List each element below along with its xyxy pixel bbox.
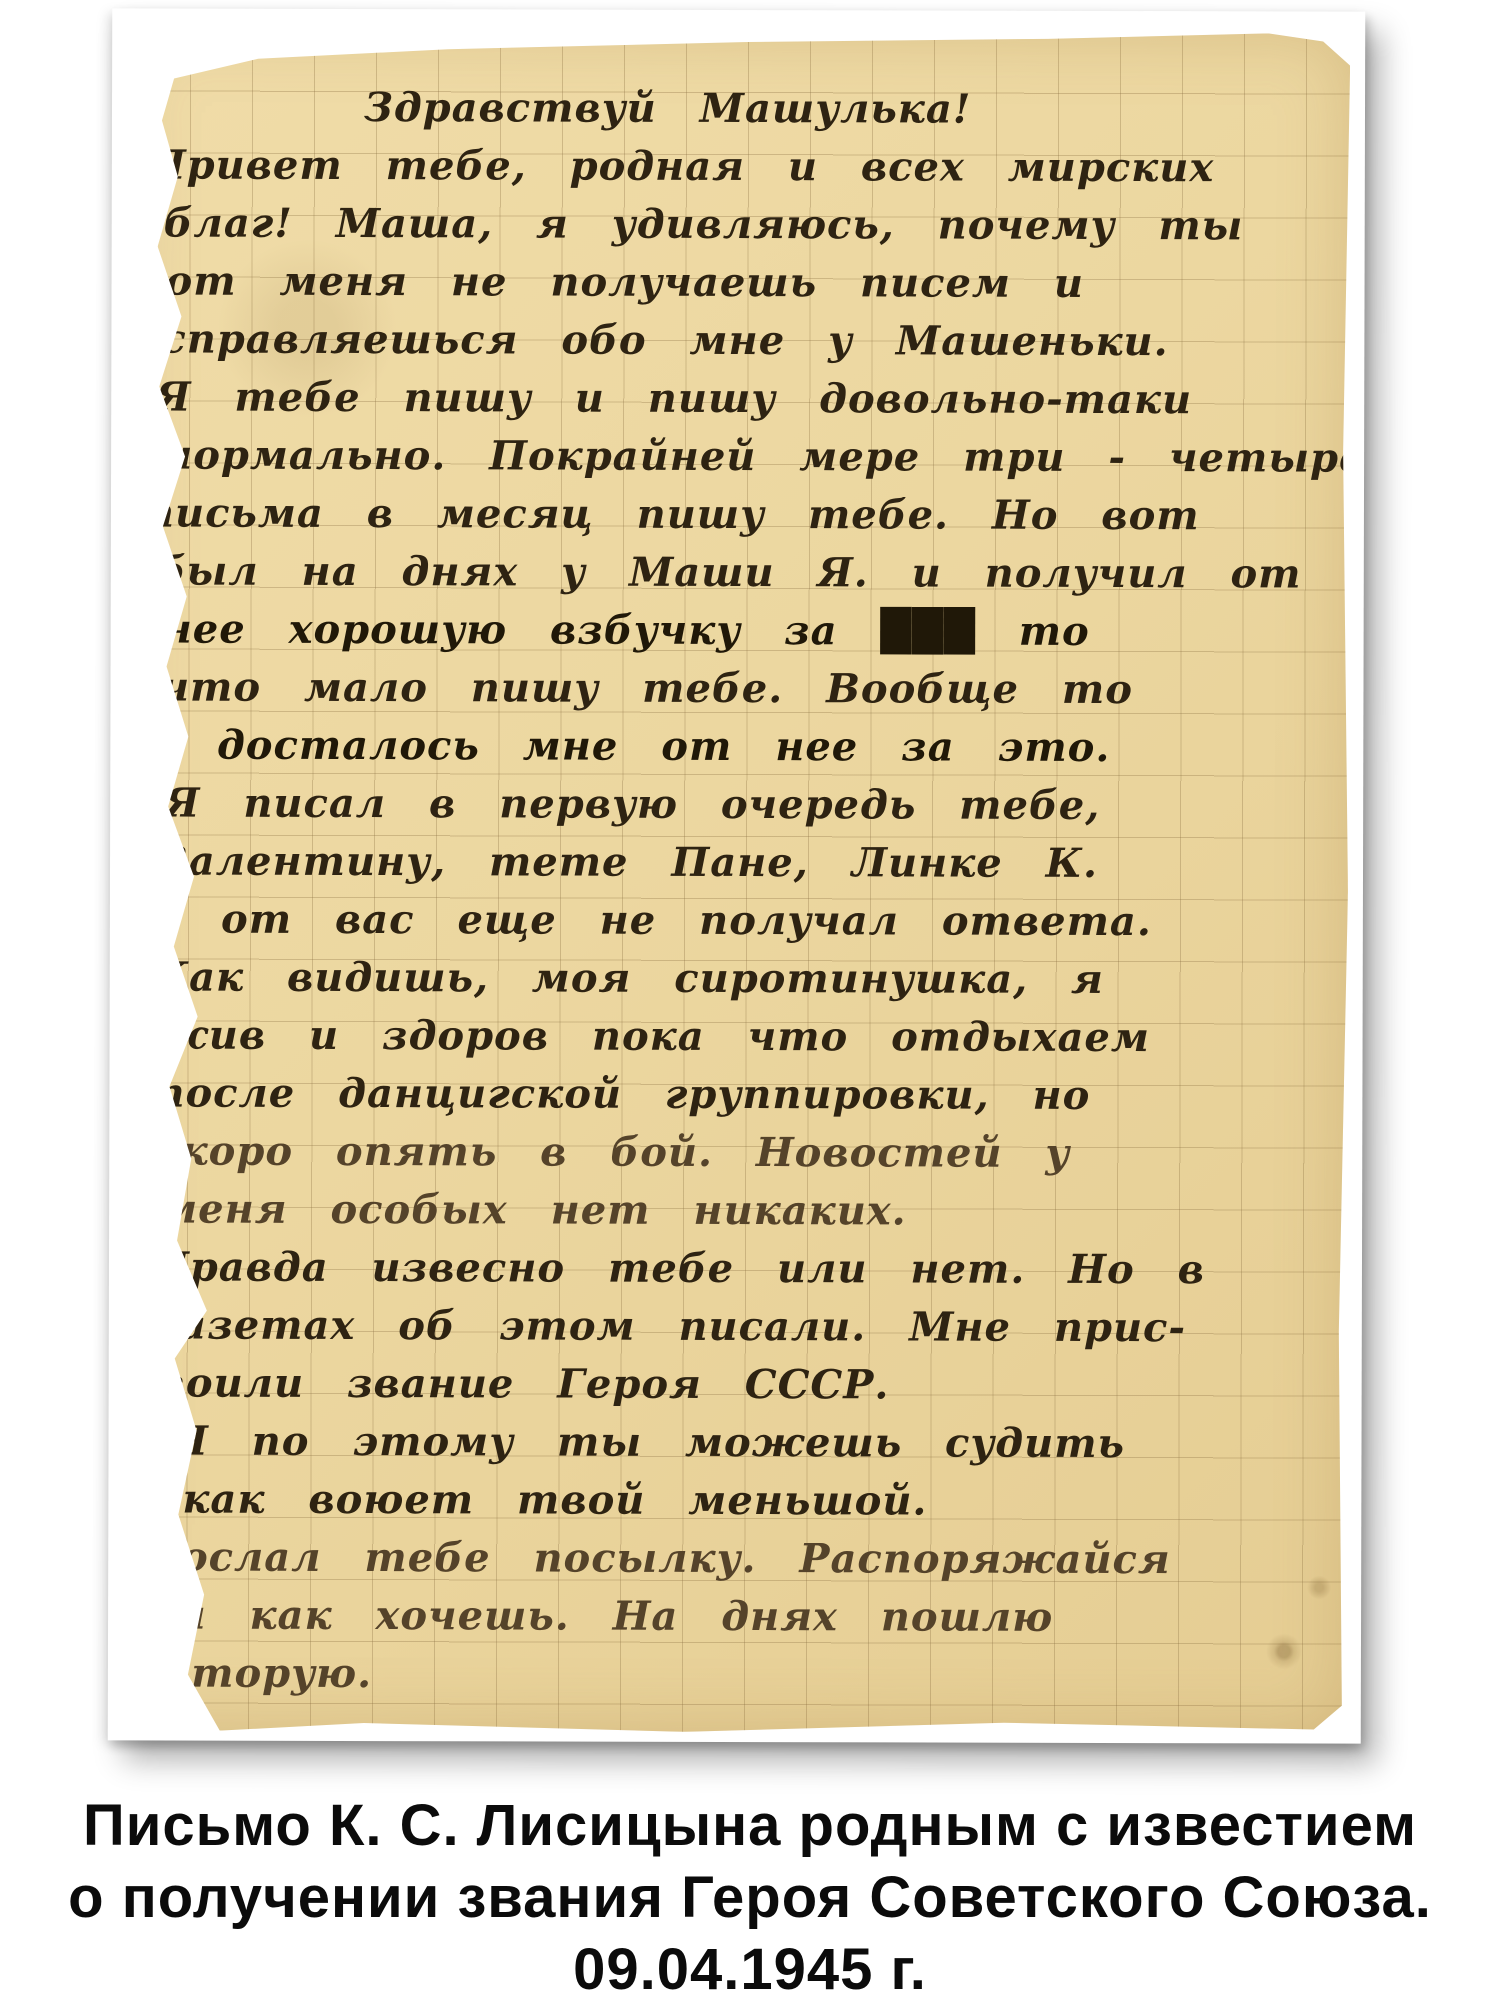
letter-line: газетах об этом писали. Мне прис- <box>157 1296 1347 1357</box>
letter-line: был на днях у Маши Я. и получил от <box>157 542 1349 603</box>
letter-line: от меня не получаешь писем и <box>165 253 1349 314</box>
letter-line-redacted: █ досталось мне от нее за это. <box>142 716 1348 777</box>
letter-line: ей как хочешь. На днях пошлю <box>150 1586 1346 1647</box>
letter-line-redacted: нее хорошую взбучку за ███ то <box>163 600 1349 661</box>
letter-line: Послал тебе посылку. Распоряжайся <box>142 1528 1346 1589</box>
letter-line: как воюет твой меньшой. <box>182 1471 1346 1532</box>
letter-line: жив и здоров пока что отдыхаем <box>156 1006 1348 1067</box>
letter-line: Как видишь, моя сиротинушка, я <box>152 948 1348 1009</box>
letter-line: Я тебе пишу и пишу довольно-таки <box>155 368 1349 429</box>
letter-line: Привет тебе, родная и всех мирских <box>148 136 1350 197</box>
letter-line: меня особых нет никаких. <box>159 1180 1347 1241</box>
photo-caption: Письмо К. С. Лисицына родным с известием… <box>0 1790 1500 2000</box>
letter-line: благ! Маша, я удивляюсь, почему ты <box>164 194 1350 255</box>
letter-line: Я по этому ты можешь судить <box>172 1413 1346 1474</box>
letter-text: Здравствуй Машулька! Привет тебе, родная… <box>124 28 1350 1705</box>
caption-line-1: Письмо К. С. Лисицына родным с известием <box>0 1790 1500 1862</box>
caption-date: 09.04.1945 г. <box>0 1934 1500 2000</box>
letter-greeting: Здравствуй Машулька! <box>364 79 1350 140</box>
letter-line: справляешься обо мне у Машеньки. <box>161 310 1349 371</box>
letter-line: Правда извесно тебе или нет. Но в <box>151 1238 1347 1299</box>
letter-photo-card: Здравствуй Машулька! Привет тебе, родная… <box>108 8 1366 1743</box>
letter-line: Я от вас еще не получал ответа. <box>142 890 1348 951</box>
letter-paper: Здравствуй Машулька! Привет тебе, родная… <box>124 28 1350 1733</box>
letter-line: письма в месяц пишу тебе. Но вот <box>145 484 1349 545</box>
letter-line: вторую. <box>164 1645 1346 1706</box>
page: Здравствуй Машулька! Привет тебе, родная… <box>0 0 1500 2000</box>
letter-line: после данцигской группировки, но <box>155 1064 1347 1125</box>
letter-line: Валентину, тете Пане, Линке К. <box>154 832 1348 893</box>
letter-line: нормально. Покрайней мере три - четыре <box>163 426 1349 487</box>
letter-line: что мало пишу тебе. Вообще то <box>160 658 1348 719</box>
letter-line: воили звание Героя СССР. <box>159 1354 1347 1415</box>
caption-line-2: о получении звания Героя Советского Союз… <box>0 1862 1500 1934</box>
letter-line: Я писал в первую очередь тебе, <box>164 775 1348 836</box>
letter-line: скоро опять в бой. Новостей у <box>155 1122 1347 1183</box>
